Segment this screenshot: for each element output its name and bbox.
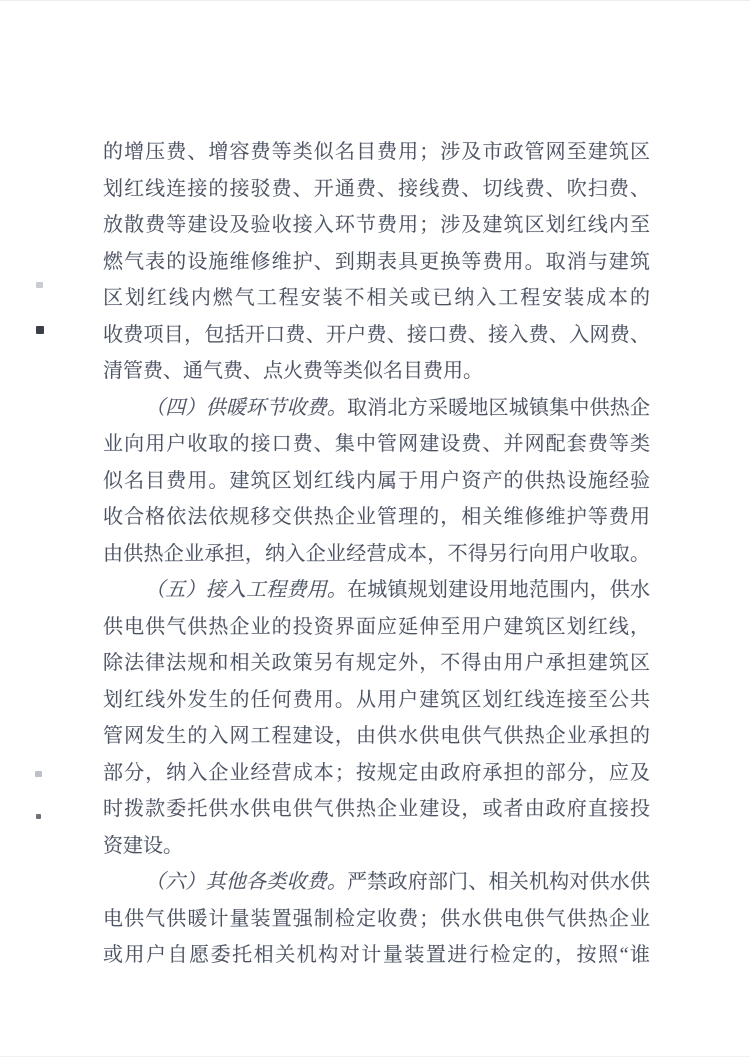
text-run: 严禁政府部门、相关机构对供水供 (347, 871, 650, 893)
text-run: 收费项目，包括开口费、开户费、接口费、接入费、入网费、 (103, 324, 650, 346)
text-line: 电供气供暖计量装置强制检定收费；供水供电供气供热企业 (103, 901, 650, 938)
text-run: 业向用户收取的接口费、集中管网建设费、并网配套费等类 (103, 433, 650, 455)
text-run: 时拨款委托供水供电供气供热企业建设，或者由政府直接投 (103, 798, 650, 820)
text-line: 区划红线内燃气工程安装不相关或已纳入工程安装成本的 (103, 280, 650, 317)
text-run: 资建设。 (103, 835, 183, 857)
text-run: 区划红线内燃气工程安装不相关或已纳入工程安装成本的 (103, 287, 650, 309)
text-run: 或用户自愿委托相关机构对计量装置进行检定的，按照“谁 (103, 944, 650, 966)
text-line: 或用户自愿委托相关机构对计量装置进行检定的，按照“谁 (103, 937, 650, 974)
text-run: 在城镇规划建设用地范围内，供水 (347, 579, 650, 601)
text-run: 似名目费用。建筑区划红线内属于用户资产的供热设施经验 (103, 470, 650, 492)
text-run: 部分，纳入企业经营成本；按规定由政府承担的部分，应及 (103, 762, 650, 784)
text-line: 清管费、通气费、点火费等类似名目费用。 (103, 353, 650, 390)
text-run: 划红线外发生的任何费用。从用户建筑区划红线连接至公共 (103, 689, 650, 711)
text-line: （六）其他各类收费。严禁政府部门、相关机构对供水供 (103, 864, 650, 901)
section-heading: （五）接入工程费用。 (145, 579, 347, 601)
text-run: 由供热企业承担，纳入企业经营成本，不得另行向用户收取。 (103, 543, 650, 565)
text-line: 似名目费用。建筑区划红线内属于用户资产的供热设施经验 (103, 463, 650, 500)
scan-speck (36, 282, 43, 288)
text-line: 资建设。 (103, 828, 650, 865)
text-run: 收合格依法依规移交供热企业管理的，相关维修维护等费用 (103, 506, 650, 528)
text-line: （四）供暖环节收费。取消北方采暖地区城镇集中供热企 (103, 390, 650, 427)
text-line: 燃气表的设施维修维护、到期表具更换等费用。取消与建筑 (103, 244, 650, 281)
text-line: 放散费等建设及验收接入环节费用；涉及建筑区划红线内至 (103, 207, 650, 244)
document-page: 的增压费、增容费等类似名目费用；涉及市政管网至建筑区划红线连接的接驳费、开通费、… (0, 0, 750, 1057)
text-line: 业向用户收取的接口费、集中管网建设费、并网配套费等类 (103, 426, 650, 463)
text-run: 供电供气供热企业的投资界面应延伸至用户建筑区划红线， (103, 616, 650, 638)
text-run: 放散费等建设及验收接入环节费用；涉及建筑区划红线内至 (103, 214, 650, 236)
text-line: 管网发生的入网工程建设，由供水供电供气供热企业承担的 (103, 718, 650, 755)
section-heading: （四）供暖环节收费。 (145, 397, 347, 419)
section-heading: （六）其他各类收费。 (145, 871, 347, 893)
text-line: 除法律法规和相关政策另有规定外，不得由用户承担建筑区 (103, 645, 650, 682)
scan-speck (36, 326, 44, 334)
text-run: 清管费、通气费、点火费等类似名目费用。 (103, 360, 483, 382)
text-line: 收合格依法依规移交供热企业管理的，相关维修维护等费用 (103, 499, 650, 536)
text-line: 时拨款委托供水供电供气供热企业建设，或者由政府直接投 (103, 791, 650, 828)
text-line: 划红线外发生的任何费用。从用户建筑区划红线连接至公共 (103, 682, 650, 719)
text-run: 电供气供暖计量装置强制检定收费；供水供电供气供热企业 (103, 908, 650, 930)
text-run: 燃气表的设施维修维护、到期表具更换等费用。取消与建筑 (103, 251, 650, 273)
text-line: 划红线连接的接驳费、开通费、接线费、切线费、吹扫费、 (103, 171, 650, 208)
text-run: 的增压费、增容费等类似名目费用；涉及市政管网至建筑区 (103, 141, 650, 163)
page-text: 的增压费、增容费等类似名目费用；涉及市政管网至建筑区划红线连接的接驳费、开通费、… (103, 134, 650, 974)
text-line: 的增压费、增容费等类似名目费用；涉及市政管网至建筑区 (103, 134, 650, 171)
text-run: 管网发生的入网工程建设，由供水供电供气供热企业承担的 (103, 725, 650, 747)
text-line: 由供热企业承担，纳入企业经营成本，不得另行向用户收取。 (103, 536, 650, 573)
text-line: 供电供气供热企业的投资界面应延伸至用户建筑区划红线， (103, 609, 650, 646)
text-run: 除法律法规和相关政策另有规定外，不得由用户承担建筑区 (103, 652, 650, 674)
scan-speck (36, 814, 41, 819)
text-line: 部分，纳入企业经营成本；按规定由政府承担的部分，应及 (103, 755, 650, 792)
text-run: 取消北方采暖地区城镇集中供热企 (347, 397, 650, 419)
scan-speck (35, 771, 42, 777)
text-line: （五）接入工程费用。在城镇规划建设用地范围内，供水 (103, 572, 650, 609)
text-run: 划红线连接的接驳费、开通费、接线费、切线费、吹扫费、 (103, 178, 650, 200)
text-line: 收费项目，包括开口费、开户费、接口费、接入费、入网费、 (103, 317, 650, 354)
